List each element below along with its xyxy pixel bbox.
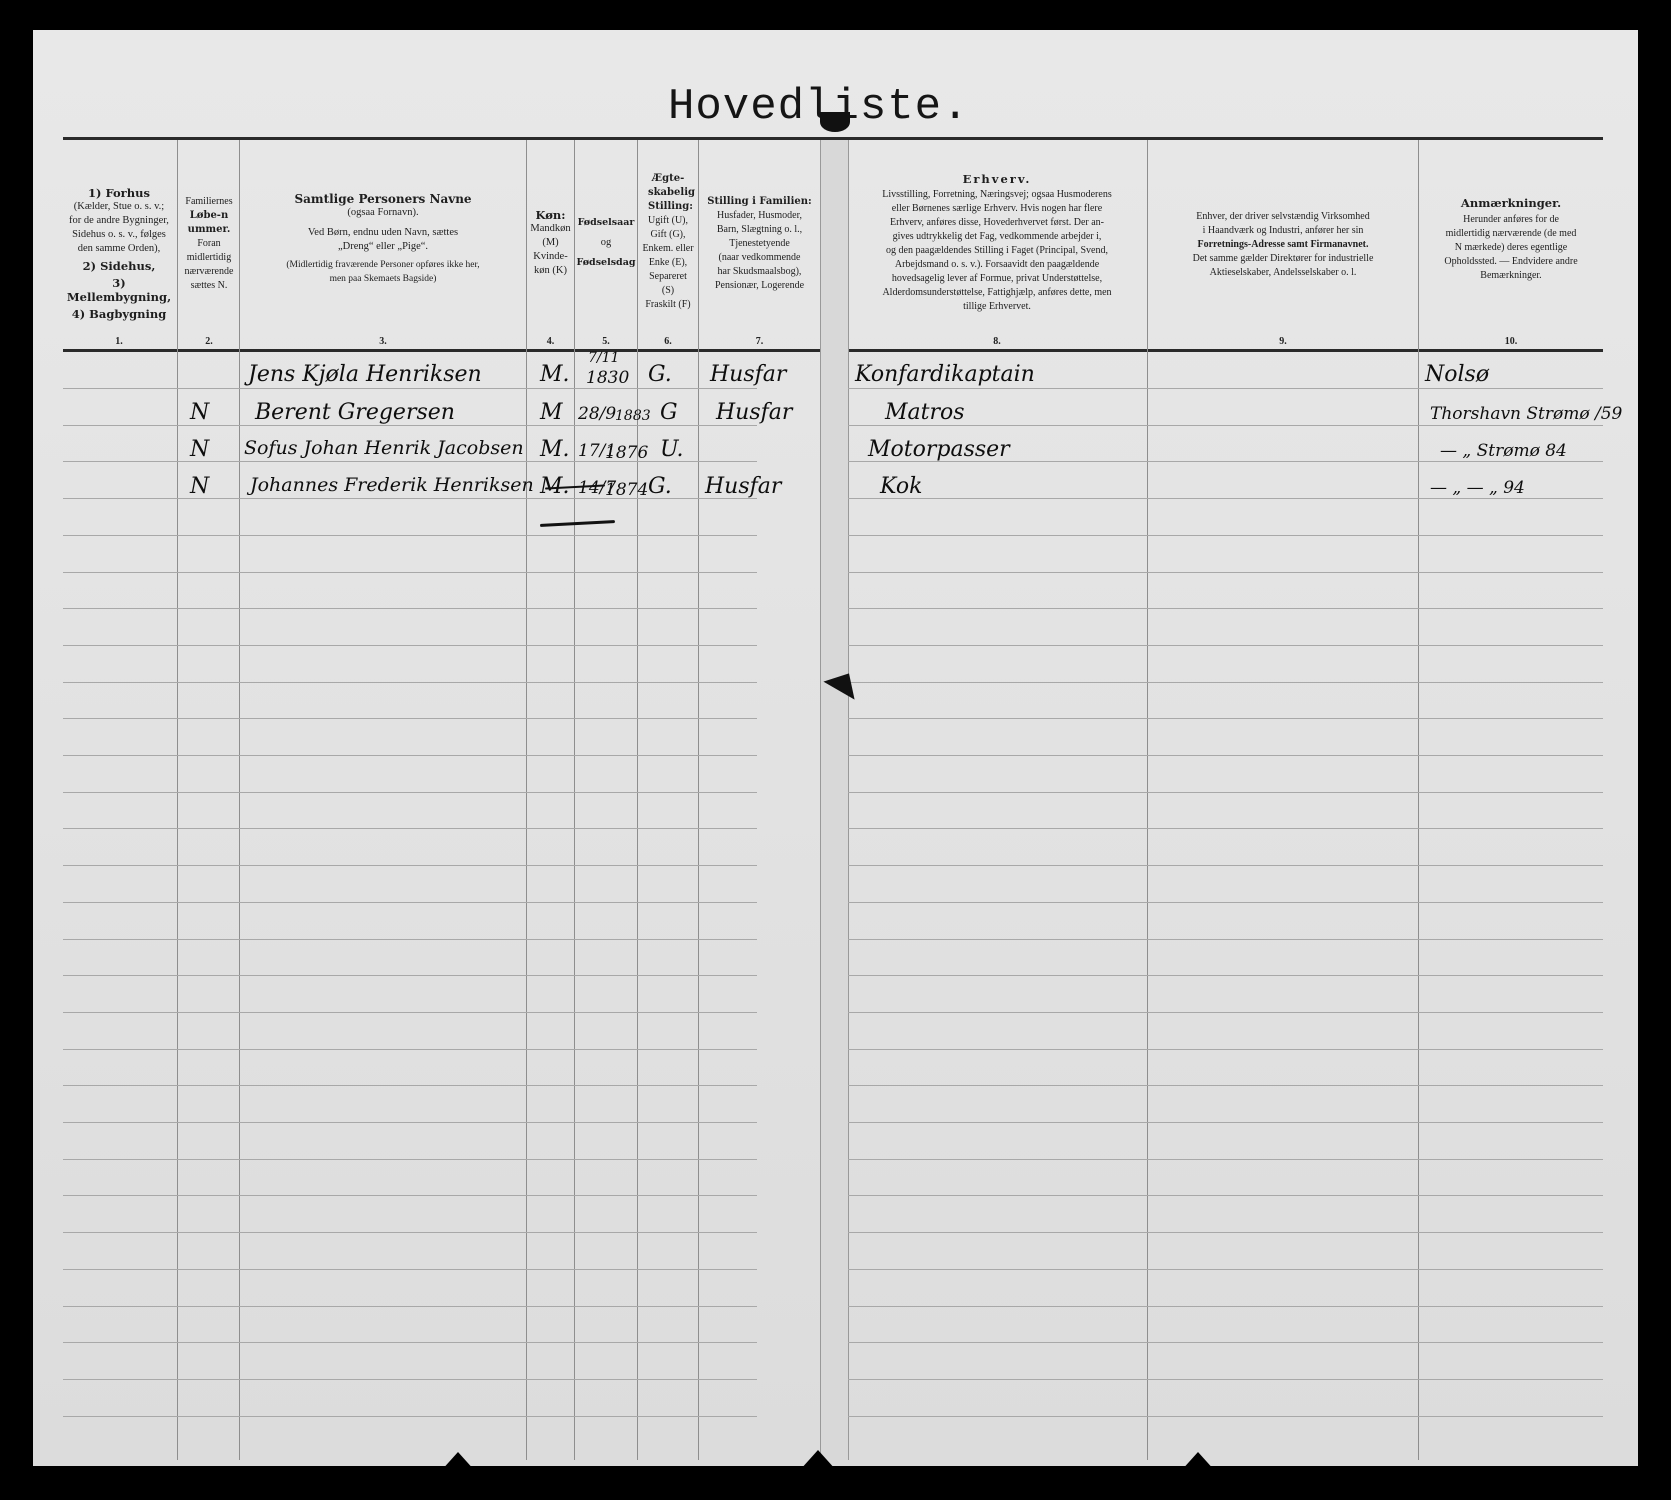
col8-line: og den paagældendes Stilling i Faget (Pr… (848, 244, 1146, 258)
ruled-line (848, 498, 1603, 499)
col2-heading: Løbe-nummer. (179, 209, 239, 237)
col10-line: Bemærkninger. (1419, 269, 1603, 283)
col-number: 4. (527, 336, 574, 347)
family-role: Husfar (710, 362, 786, 387)
col8-line: Erhverv, anføres disse, Hovederhvervet f… (848, 216, 1146, 230)
person-name: Johannes Frederik Henriksen (250, 474, 534, 496)
col4-line: Mandkøn (527, 222, 574, 236)
family-role: Husfar (705, 474, 781, 499)
col9-line: Det samme gælder Direktører for industri… (1148, 252, 1418, 266)
col7-line: Barn, Slægtning o. l., (699, 223, 820, 237)
col8-heading: Erhverv. (848, 172, 1146, 186)
temp-present-mark: N (190, 437, 209, 462)
col4-heading: Køn: (527, 208, 574, 222)
col9-line: Forretnings-Adresse samt Firmanavnet. (1148, 238, 1418, 252)
col6-line: Ugift (U), (638, 214, 698, 228)
ruled-line (63, 645, 757, 646)
col10-line: midlertidig nærværende (de med (1419, 227, 1603, 241)
ruled-line (63, 1269, 757, 1270)
ruled-line (848, 1049, 1603, 1050)
col3-line: men paa Skemaets Bagside) (241, 272, 525, 286)
tear-mark (800, 1450, 836, 1470)
col3-heading: Samtlige Personers Navne (241, 192, 525, 206)
ruled-line (848, 535, 1603, 536)
occupation: Matros (885, 400, 965, 425)
occupation: Motorpasser (868, 437, 1010, 462)
remarks: — „ Strømø 84 (1440, 441, 1567, 461)
col-number: 10. (1419, 336, 1603, 347)
col7-header: Stilling i Familien: Husfader, Husmoder,… (699, 195, 820, 293)
ruled-line (63, 828, 757, 829)
col3-line: (ogsaa Fornavn). (241, 206, 525, 220)
person-name: Sofus Johan Henrik Jacobsen (244, 437, 524, 459)
tear-mark (440, 1452, 476, 1472)
ruled-line (63, 425, 757, 426)
col2-pre: Familiernes (179, 195, 239, 209)
col-number: 9. (1148, 336, 1418, 347)
col2-line: nærværende (179, 265, 239, 279)
ruled-line (63, 1049, 757, 1050)
ruled-line (848, 645, 1603, 646)
ruled-line (848, 939, 1603, 940)
marital-status: U. (660, 437, 684, 462)
col3-header: Samtlige Personers Navne (ogsaa Fornavn)… (241, 192, 525, 286)
col-number: 3. (241, 336, 525, 347)
ruled-line (63, 939, 757, 940)
col6-heading: Ægte-skabelig Stilling: (638, 172, 698, 214)
col2-line: sættes N. (179, 279, 239, 293)
col7-line: Husfader, Husmoder, (699, 209, 820, 223)
ruled-line (848, 572, 1603, 573)
occupation: Kok (880, 474, 922, 499)
ruled-line (63, 682, 757, 683)
col-number: 8. (848, 336, 1146, 347)
remarks: Nolsø (1425, 362, 1489, 387)
col10-header: Anmærkninger. Herunder anføres for de mi… (1419, 196, 1603, 283)
col5-line: og (575, 236, 637, 250)
ruled-line (63, 902, 757, 903)
col-number: 5. (575, 336, 637, 347)
ruled-line (63, 1085, 757, 1086)
col10-line: Herunder anføres for de (1419, 213, 1603, 227)
marital-status: G. (648, 474, 672, 499)
ruled-line (848, 1379, 1603, 1380)
birth-year: 1876 (605, 443, 648, 463)
col5-heading: Fødselsaar (575, 216, 637, 230)
ruled-line (848, 1306, 1603, 1307)
col8-line: Arbejdsmand o. s. v.). Forsaavidt den pa… (848, 258, 1146, 272)
col7-line: har Skudsmaalsbog), (699, 265, 820, 279)
ruled-line (848, 682, 1603, 683)
ruled-line (63, 865, 757, 866)
col10-heading: Anmærkninger. (1419, 196, 1603, 210)
birth-day: 28/9 (578, 404, 616, 424)
col6-line: Gift (G), (638, 228, 698, 242)
col-number: 1. (63, 336, 175, 347)
col7-line: Tjenestetyende (699, 237, 820, 251)
col-number: 6. (638, 336, 698, 347)
ruled-line (848, 718, 1603, 719)
occupation: Konfardikaptain (855, 362, 1035, 387)
col3-line: „Dreng“ eller „Pige“. (241, 240, 525, 254)
col1-extra: 4) Bagbygning (63, 307, 175, 321)
ruled-line (63, 755, 757, 756)
col10-line: N mærkede) deres egentlige (1419, 241, 1603, 255)
ruled-line (848, 1122, 1603, 1123)
col7-line: Pensionær, Logerende (699, 279, 820, 293)
col8-line: hovedsagelig lever af Formue, privat Und… (848, 272, 1146, 286)
col7-heading: Stilling i Familien: (699, 195, 820, 209)
ruled-line (848, 388, 1603, 389)
birth-year: 1874 (605, 480, 648, 500)
ruled-line (63, 1012, 757, 1013)
col6-line: Enkem. eller (638, 242, 698, 256)
form-title: Hovedliste. (668, 82, 969, 132)
col2-line: midlertidig (179, 251, 239, 265)
ruled-line (63, 1122, 757, 1123)
person-name: Berent Gregersen (255, 400, 455, 425)
temp-present-mark: N (190, 474, 209, 499)
ruled-line (848, 902, 1603, 903)
ruled-line (63, 1342, 757, 1343)
birth-year: 1883 (615, 408, 651, 424)
sex: M (540, 400, 563, 425)
col6-line: (S) (638, 284, 698, 298)
ruled-line (63, 1195, 757, 1196)
col6-line: Separeret (638, 270, 698, 284)
birth-year: 1830 (586, 368, 629, 388)
ruled-line (848, 1232, 1603, 1233)
col4-line: Kvinde- (527, 250, 574, 264)
col8-line: Alderdomsunderstøttelse, Fattighjælp, an… (848, 286, 1146, 300)
col2-header: Familiernes Løbe-nummer. Foran midlertid… (179, 195, 239, 293)
col6-line: Enke (E), (638, 256, 698, 270)
col8-line: tillige Erhvervet. (848, 300, 1146, 314)
ruled-line (848, 865, 1603, 866)
ruled-line (848, 1012, 1603, 1013)
col1-line: Sidehus o. s. v., følges (63, 228, 175, 242)
col1-line: (Kælder, Stue o. s. v.; (63, 200, 175, 214)
col8-line: Livsstilling, Forretning, Næringsvej; og… (848, 188, 1146, 202)
family-role: Husfar (716, 400, 792, 425)
sex: M. (540, 437, 570, 462)
ruled-line (848, 608, 1603, 609)
ruled-line (848, 792, 1603, 793)
person-name: Jens Kjøla Henriksen (248, 362, 482, 387)
ruled-line (848, 1342, 1603, 1343)
remarks: Thorshavn Strømø /59 (1430, 404, 1622, 424)
temp-present-mark: N (190, 400, 209, 425)
col3-line: Ved Børn, endnu uden Navn, sættes (241, 226, 525, 240)
col8-line: gives udtrykkelig det Fag, vedkommende a… (848, 230, 1146, 244)
col6-header: Ægte-skabelig Stilling: Ugift (U), Gift … (638, 172, 698, 312)
ruled-line (63, 535, 757, 536)
sex: M. (540, 362, 570, 387)
col1-extra: 3) Mellembygning, (63, 276, 175, 304)
col9-line: Aktieselskaber, Andelsselskaber o. l. (1148, 266, 1418, 280)
remarks: — „ — „ 94 (1430, 478, 1525, 498)
col7-line: (naar vedkommende (699, 251, 820, 265)
col8-line: eller Børnenes særlige Erhverv. Hvis nog… (848, 202, 1146, 216)
ruled-line (63, 1416, 757, 1417)
ruled-line (63, 975, 757, 976)
ruled-line (848, 1159, 1603, 1160)
ruled-line (63, 1379, 757, 1380)
col5-header: Fødselsaar og Fødselsdag (575, 216, 637, 270)
col4-line: (M) (527, 236, 574, 250)
col1-header: 1) Forhus (Kælder, Stue o. s. v.; for de… (63, 186, 175, 321)
ruled-line (848, 828, 1603, 829)
col1-line: for de andre Bygninger, (63, 214, 175, 228)
marital-status: G. (648, 362, 672, 387)
ruled-line (63, 718, 757, 719)
col9-line: i Haandværk og Industri, anfører her sin (1148, 224, 1418, 238)
marital-status: G (660, 400, 678, 425)
ruled-line (848, 755, 1603, 756)
col1-heading: 1) Forhus (63, 186, 175, 200)
col10-line: Opholdssted. — Endvidere andre (1419, 255, 1603, 269)
ink-blot (820, 112, 850, 132)
col1-line: den samme Orden), (63, 242, 175, 256)
col-divider (177, 140, 178, 1460)
col9-line: Enhver, der driver selvstændig Virksomhe… (1148, 210, 1418, 224)
col5-heading2: Fødselsdag (575, 256, 637, 270)
ruled-line (63, 1159, 757, 1160)
ruled-line (63, 388, 757, 389)
ruled-line (63, 461, 757, 462)
ruled-line (63, 572, 757, 573)
birth-day: 7/11 (588, 350, 619, 366)
ruled-line (848, 975, 1603, 976)
col8-header: Erhverv. Livsstilling, Forretning, Nærin… (848, 172, 1146, 314)
col6-line: Fraskilt (F) (638, 298, 698, 312)
ruled-line (63, 1306, 757, 1307)
ruled-line (848, 425, 1603, 426)
page-fold (820, 140, 849, 1460)
col-number: 2. (179, 336, 239, 347)
ruled-line (63, 608, 757, 609)
col-divider (239, 140, 240, 1460)
ruled-line (848, 1416, 1603, 1417)
col2-line: Foran (179, 237, 239, 251)
ruled-line (848, 1195, 1603, 1196)
ruled-line (63, 792, 757, 793)
ruled-line (63, 1232, 757, 1233)
ruled-line (848, 1269, 1603, 1270)
col4-header: Køn: Mandkøn (M) Kvinde- køn (K) (527, 208, 574, 278)
col9-header: Enhver, der driver selvstændig Virksomhe… (1148, 210, 1418, 280)
ruled-line (848, 1085, 1603, 1086)
col1-extra: 2) Sidehus, (63, 259, 175, 273)
tear-mark (1180, 1452, 1216, 1472)
col-number: 7. (699, 336, 820, 347)
col3-line: (Midlertidig fraværende Personer opføres… (241, 258, 525, 272)
col4-line: køn (K) (527, 264, 574, 278)
